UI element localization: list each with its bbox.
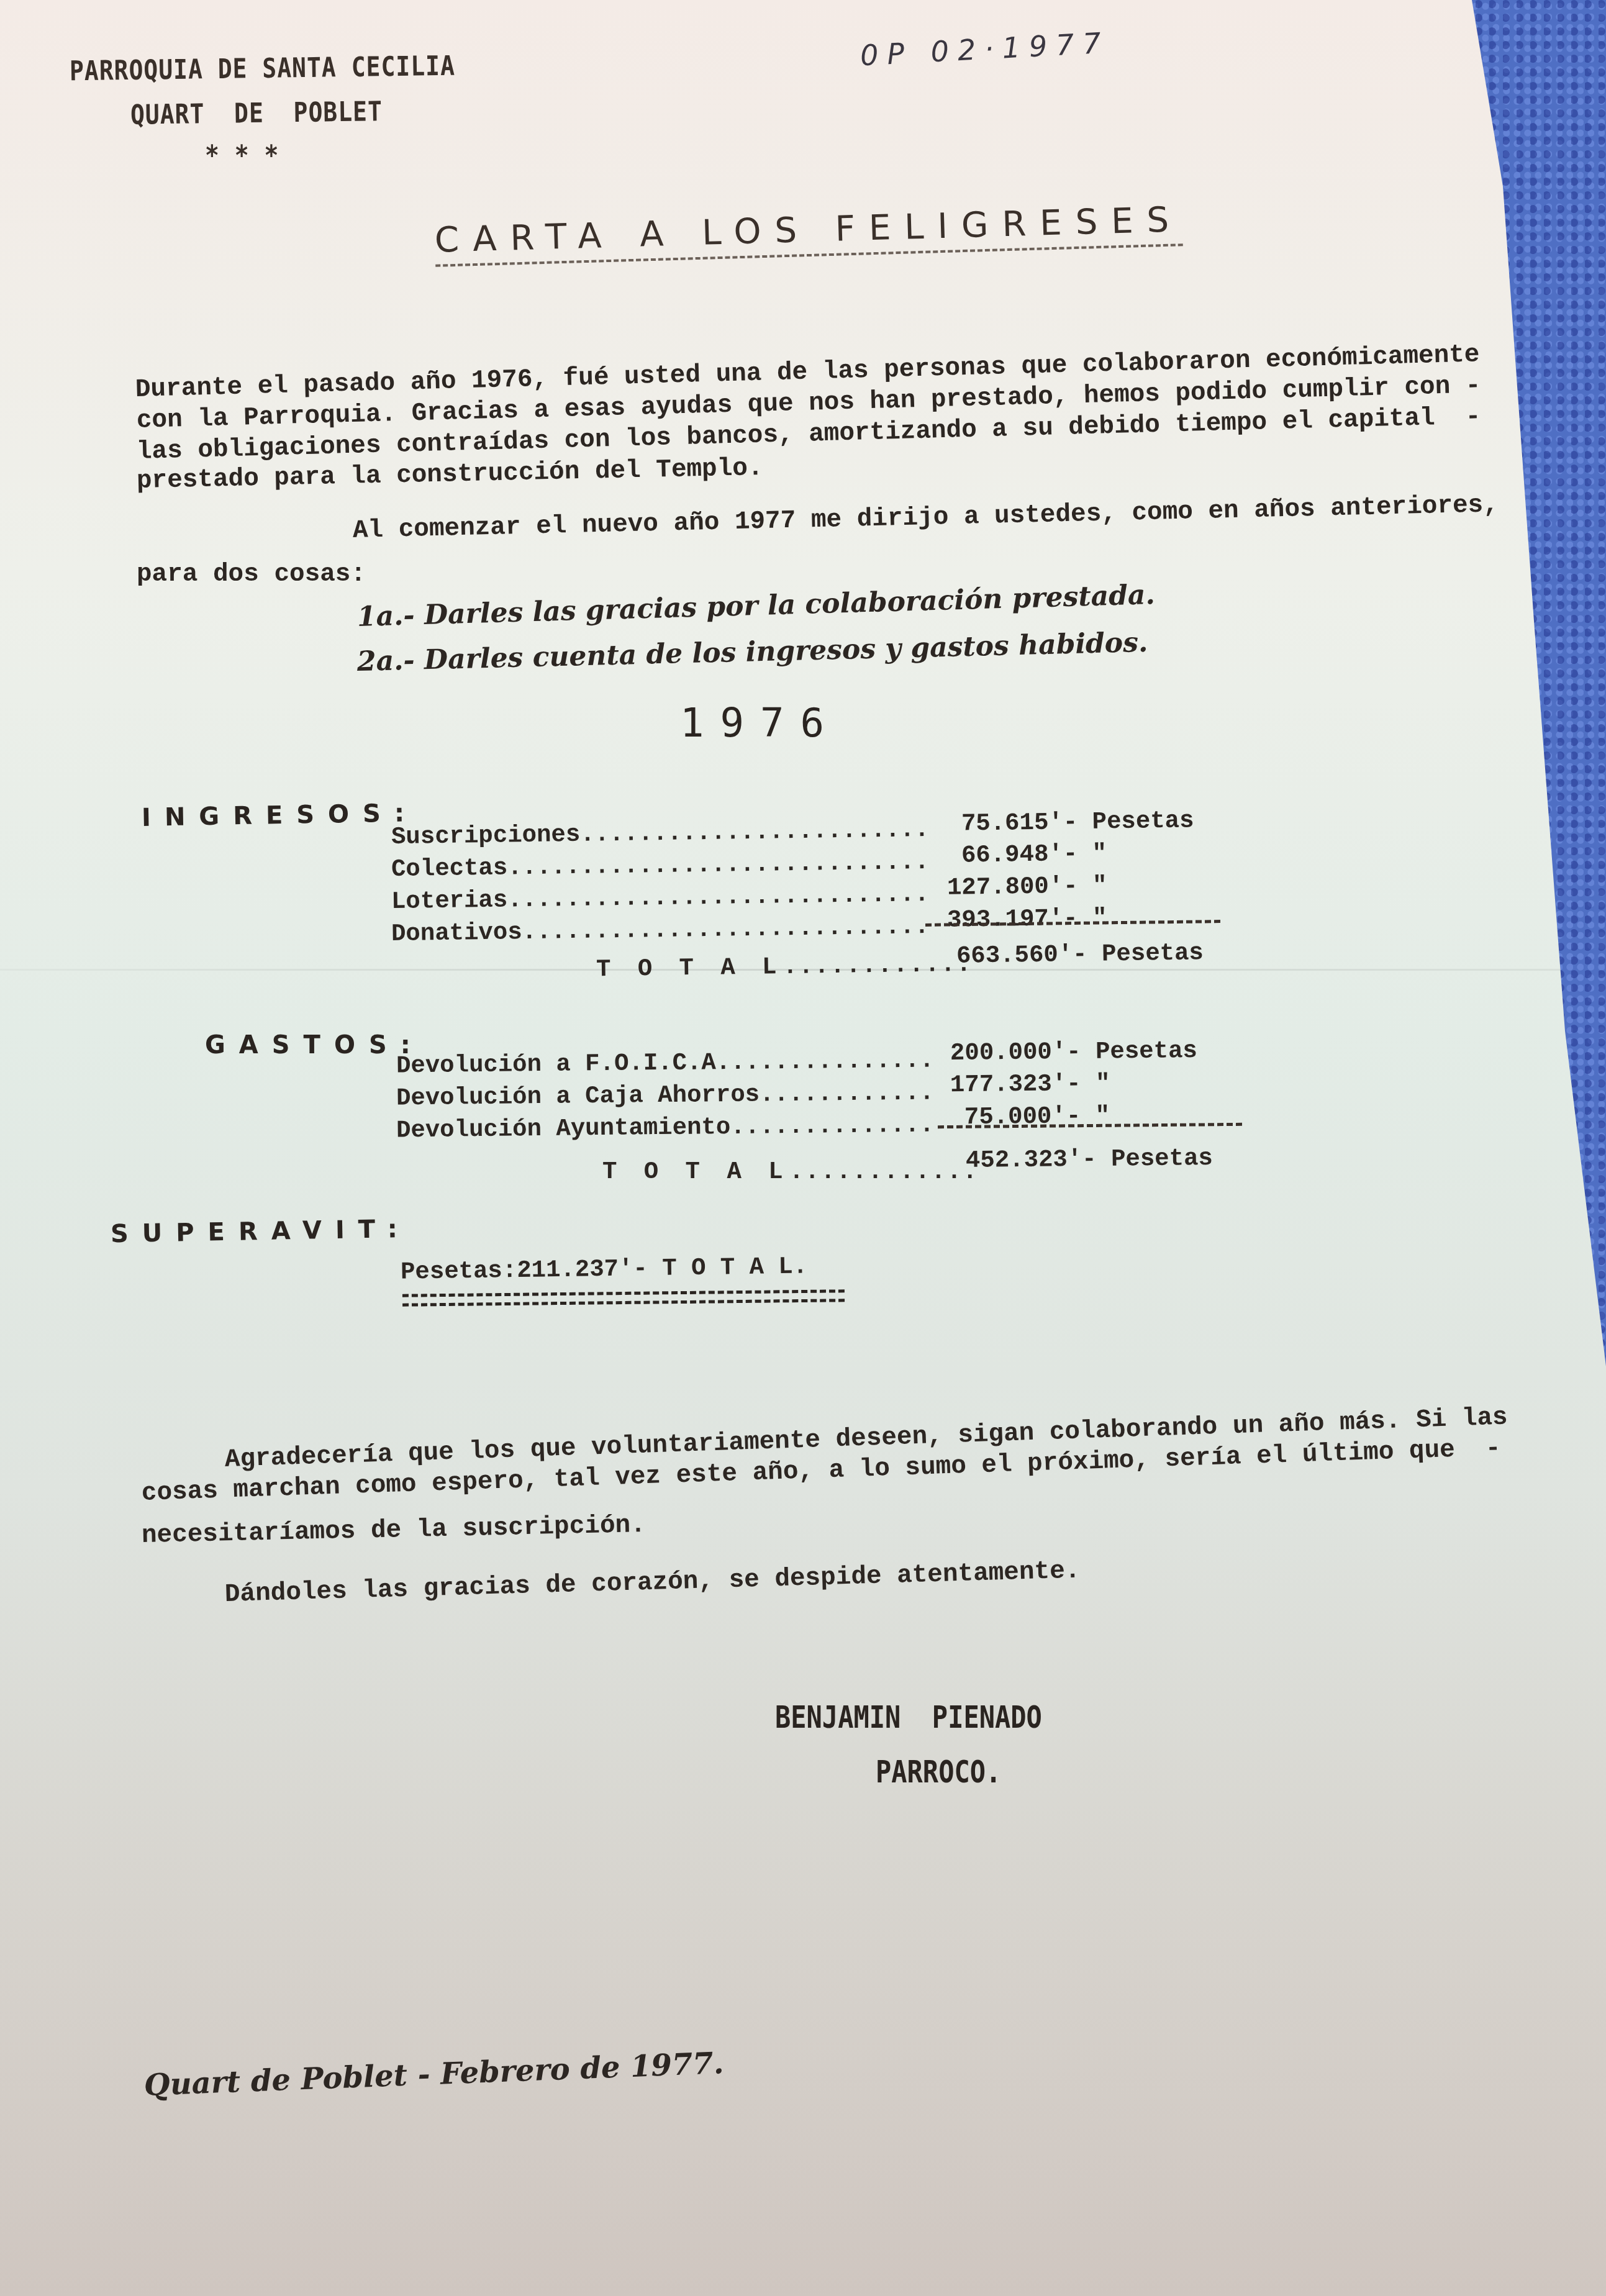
ledger-row: Devolución a F.O.I.C.A............... [396,1046,934,1079]
dot-leader: ............ [789,1158,979,1186]
total-label-text: T O T A L [596,953,783,983]
dot-leader: .............. [730,1046,934,1076]
item-name: Donativos [391,919,522,948]
dot-leader: ............................. [507,848,929,881]
ledger-amount: 177.323'- " [950,1070,1110,1099]
signature-role: PARROCO. [876,1753,1001,1790]
ledger-amount: 393.197'- " [947,904,1107,934]
dot-leader: ............................. [507,881,929,914]
ledger-amount: 66.948'- " [961,840,1107,869]
ledger-amount: 200.000'- Pesetas [950,1037,1197,1067]
parish-town: QUART DE POBLET [130,96,383,130]
ingresos-total-amount: 663.560'- Pesetas [956,939,1204,970]
amount: 393.197'- [947,905,1078,934]
gastos-total-label: T O T A L............ [602,1158,979,1186]
unit: " [1092,840,1107,867]
ledger-amount: 127.800'- " [947,872,1107,902]
item-name: Suscripciones [391,821,581,851]
ledger-row: Donativos............................ [391,913,929,948]
amount: 663.560'- [956,941,1087,970]
farewell-line: Dándoles las gracias de corazón, se desp… [224,1557,1081,1609]
ledger-row: Loterias............................. [391,881,929,915]
place-date: Quart de Poblet - Febrero de 1977. [143,2046,724,2103]
superavit-double-rule [402,1289,845,1306]
dot-leader: ........................ [580,816,929,848]
unit: Pesetas [1111,1145,1213,1173]
ledger-amount: 75.615'- Pesetas [961,807,1194,837]
letter-paper: PARROQUIA DE SANTA CECILIA QUART DE POBL… [0,0,1606,2296]
ingresos-total-label: T O T A L............ [596,951,973,983]
ledger-row: Devolución Ayuntamiento.............. [396,1111,934,1144]
gastos-total-amount: 452.323'- Pesetas [966,1145,1213,1174]
unit: Pesetas [1092,807,1194,835]
amount: 200.000'- [950,1038,1081,1067]
point-2: 2a.- Darles cuenta de los ingresos y gas… [356,627,1148,678]
amount: 127.800'- [947,873,1078,902]
letter-title: CARTA A LOS FELIGRESES [434,199,1183,267]
paragraph-line: Al comenzar el nuevo año 1977 me dirijo … [352,491,1499,545]
item-name: Devolución Ayuntamiento [396,1114,731,1145]
amount: 75.615'- [961,809,1078,838]
superavit-amount: Pesetas:211.237'- T O T A L. [401,1253,808,1286]
ledger-row: Devolución a Caja Ahorros............ [396,1079,934,1112]
paragraph-line: para dos cosas: [137,560,366,589]
point-1: 1a.- Darles las gracias por la colaborac… [356,579,1155,633]
item-name: Devolución a Caja Ahorros [396,1081,760,1112]
superavit-label: SUPERAVIT: [111,1215,412,1248]
item-name: Devolución a F.O.I.C.A. [396,1049,731,1080]
report-year: 1976 [680,701,840,746]
unit: Pesetas [1102,939,1204,968]
item-name: Colectas [391,854,508,883]
unit: " [1092,872,1107,899]
amount: 177.323'- [950,1070,1081,1099]
dot-leader: ............................ [522,913,929,946]
gastos-label: GASTOS: [205,1031,424,1060]
amount: 452.323'- [966,1146,1097,1174]
paragraph-line: necesitaríamos de la suscripción. [142,1511,646,1550]
dot-leader: ............ [783,951,972,981]
header-stars: * * * [205,140,279,171]
item-name: Loterias [391,886,508,915]
dot-leader: ............ [760,1079,934,1108]
amount: 66.948'- [961,840,1078,869]
total-label-text: T O T A L [602,1158,789,1186]
unit: Pesetas [1096,1037,1197,1066]
ledger-row: Colectas............................. [391,848,929,883]
unit: " [1096,1070,1110,1097]
parish-name: PARROQUIA DE SANTA CECILIA [70,50,455,86]
unit: " [1092,904,1107,932]
dot-leader: .............. [730,1111,934,1140]
date-stamp: 0P 02·1977 [860,26,1110,73]
ledger-row: Suscripciones........................ [391,816,929,851]
ingresos-label: INGRESOS: [142,799,419,832]
signature-name: BENJAMIN PIENADO [775,1699,1042,1735]
